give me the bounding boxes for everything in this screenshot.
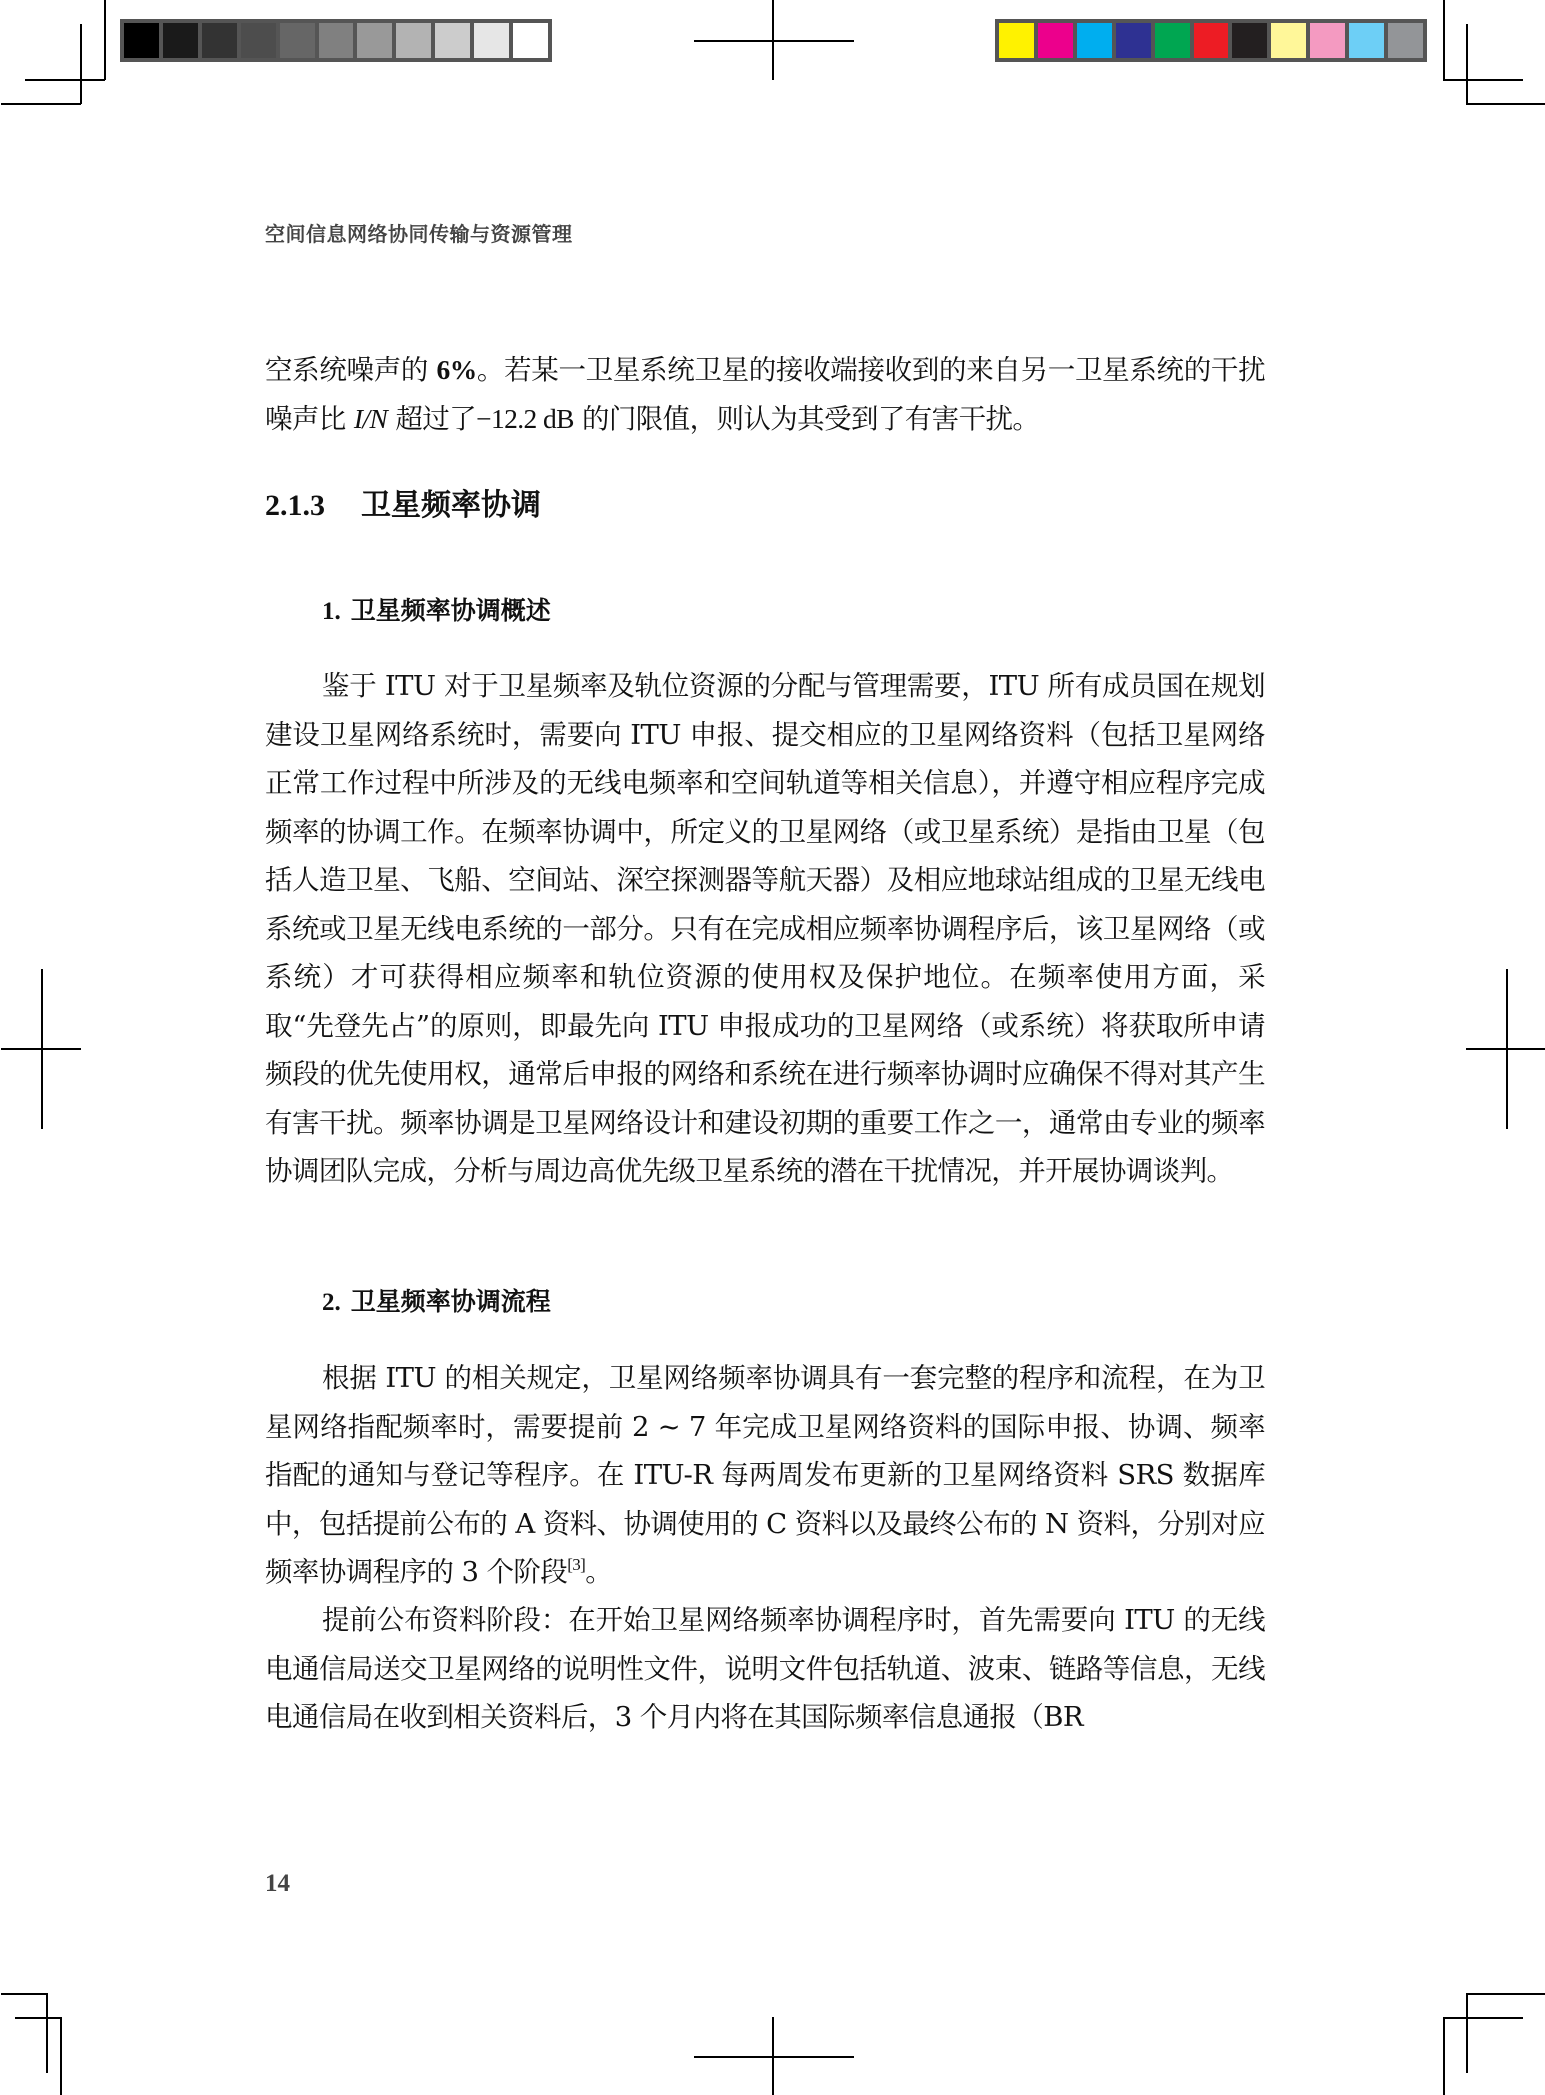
crop-mark-top-right-h2	[1466, 103, 1545, 105]
gray-swatch-9	[435, 23, 470, 58]
subsection-1-heading: 1.卫星频率协调概述	[322, 591, 551, 627]
color-swatch-2	[1038, 23, 1073, 58]
running-header-title: 空间信息网络协同传输与资源管理	[265, 218, 573, 247]
crop-mark-top-left-v1	[104, 0, 106, 80]
color-swatch-3	[1077, 23, 1112, 58]
crop-mark-bottom-right-h1	[1466, 1993, 1545, 1995]
gray-swatch-6	[319, 23, 354, 58]
gray-swatch-5	[280, 23, 315, 58]
crop-mark-bottom-left-v1	[46, 1993, 48, 2073]
color-swatch-6	[1194, 23, 1229, 58]
crop-mark-top-left-h2	[1, 103, 81, 105]
color-swatch-4	[1116, 23, 1151, 58]
color-swatch-1	[999, 23, 1034, 58]
crop-mark-top-right-v1	[1443, 0, 1445, 80]
crop-mark-bottom-left-h2	[15, 2017, 61, 2019]
subsection-1-number: 1.	[322, 598, 341, 625]
color-swatch-10	[1349, 23, 1384, 58]
gray-swatch-7	[357, 23, 392, 58]
crop-mark-bottom-left-v2	[60, 2017, 62, 2095]
grayscale-calibration-strip	[120, 19, 552, 62]
gray-swatch-3	[202, 23, 237, 58]
page-number: 14	[265, 1870, 290, 1898]
color-calibration-strip	[995, 19, 1427, 62]
intro-paragraph: 空系统噪声的 6%。若某一卫星系统卫星的接收端接收到的来自另一卫星系统的干扰噪声…	[265, 346, 1265, 443]
color-swatch-11	[1388, 23, 1423, 58]
gray-swatch-10	[474, 23, 509, 58]
interference-ratio-symbol: I/N	[354, 403, 387, 434]
crop-mark-top-left-h1	[25, 79, 105, 81]
gray-swatch-4	[241, 23, 276, 58]
gray-swatch-1	[124, 23, 159, 58]
crop-mark-top-right-h1	[1443, 79, 1523, 81]
intro-text-4: 的门限值，则认为其受到了有害干扰。	[574, 403, 1039, 435]
color-swatch-5	[1155, 23, 1190, 58]
color-swatch-8	[1271, 23, 1306, 58]
section-number: 2.1.3	[265, 489, 325, 522]
gray-swatch-11	[513, 23, 548, 58]
crop-mark-bottom-left-h1	[1, 1993, 47, 1995]
registration-mark-right-h	[1466, 1048, 1545, 1050]
subsection-2-paragraph-1-text: 根据 ITU 的相关规定，卫星网络频率协调具有一套完整的程序和流程，在为卫星网络…	[265, 1362, 1265, 1588]
intro-text-3: 超过了	[387, 403, 476, 435]
threshold-value: −12.2 dB	[476, 403, 574, 434]
gray-swatch-8	[396, 23, 431, 58]
subsection-2-title: 卫星频率协调流程	[351, 1287, 551, 1316]
subsection-2-paragraph-1-end: 。	[585, 1556, 612, 1588]
section-heading: 2.1.3卫星频率协调	[265, 480, 541, 524]
subsection-2-paragraph-2: 提前公布资料阶段：在开始卫星网络频率协调程序时，首先需要向 ITU 的无线电通信…	[265, 1596, 1265, 1742]
subsection-1-title: 卫星频率协调概述	[351, 596, 551, 625]
crop-mark-top-right-v2	[1466, 24, 1468, 104]
color-swatch-9	[1310, 23, 1345, 58]
citation-reference[interactable]: [3]	[567, 1555, 585, 1574]
gray-swatch-2	[163, 23, 198, 58]
crop-mark-bottom-right-v2	[1443, 2017, 1445, 2095]
color-swatch-7	[1232, 23, 1267, 58]
crop-mark-bottom-right-h2	[1443, 2017, 1523, 2019]
section-title-text: 卫星频率协调	[361, 488, 541, 523]
noise-percentage: 6%	[437, 354, 477, 385]
crop-mark-bottom-right-v1	[1466, 1993, 1468, 2073]
subsection-1-paragraph: 鉴于 ITU 对于卫星频率及轨位资源的分配与管理需要，ITU 所有成员国在规划建…	[265, 662, 1265, 1196]
subsection-2-heading: 2.卫星频率协调流程	[322, 1282, 551, 1318]
subsection-2-paragraph-1: 根据 ITU 的相关规定，卫星网络频率协调具有一套完整的程序和流程，在为卫星网络…	[265, 1354, 1265, 1597]
subsection-2-number: 2.	[322, 1289, 341, 1316]
intro-text-1: 空系统噪声的	[265, 354, 437, 386]
crop-mark-top-left-v2	[80, 24, 82, 104]
registration-mark-left-h	[1, 1048, 81, 1050]
registration-mark-bottom-h	[694, 2056, 854, 2058]
registration-mark-top-h	[694, 40, 854, 42]
